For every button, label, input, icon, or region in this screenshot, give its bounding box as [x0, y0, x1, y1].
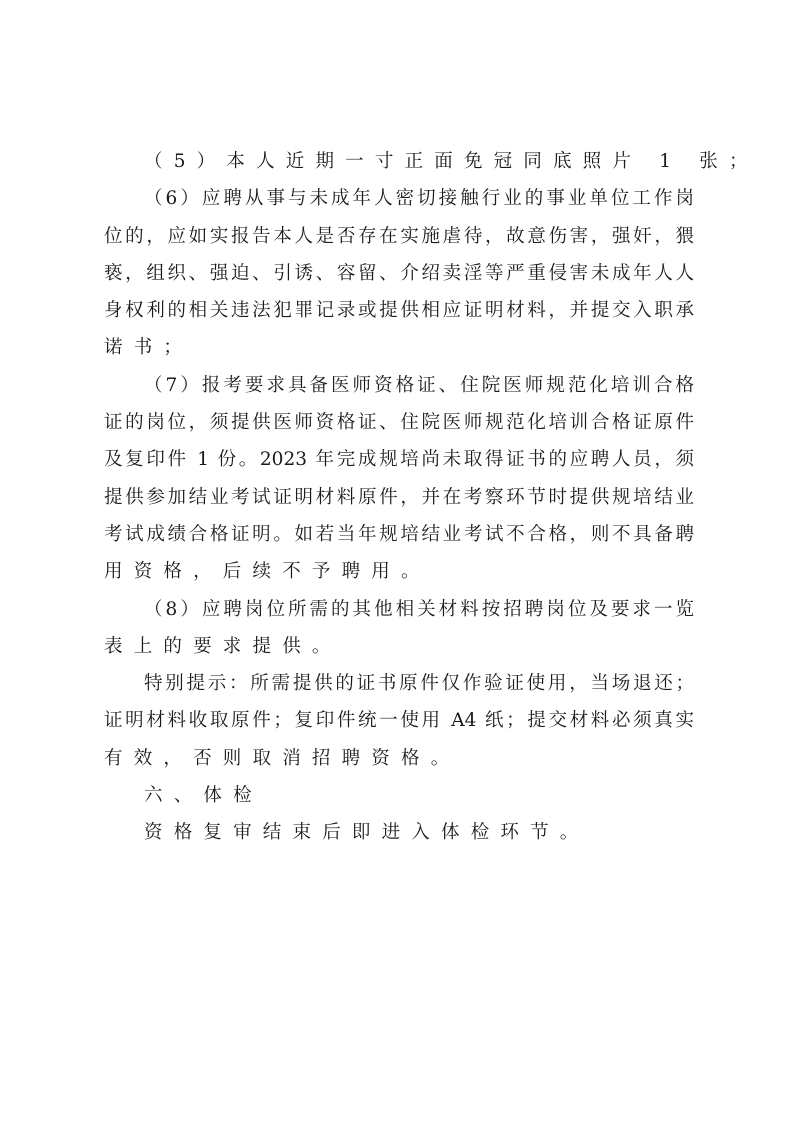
- text-line: 资格复审结束后即进入体检环节。: [104, 814, 694, 851]
- text-line: 亵，组织、强迫、引诱、容留、介绍卖淫等严重侵害未成年人人: [104, 255, 694, 292]
- text-line: 提供参加结业考试证明材料原件，并在考察环节时提供规培结业: [104, 479, 694, 516]
- document-page: （5）本人近期一寸正面免冠同底照片 1 张； （6）应聘从事与未成年人密切接触行…: [0, 0, 793, 1122]
- text-line: （5）本人近期一寸正面免冠同底照片 1 张；: [104, 143, 694, 180]
- paragraph-special-note: 特别提示：所需提供的证书原件仅作验证使用，当场退还； 证明材料收取原件；复印件统…: [104, 665, 694, 777]
- paragraph-item-8: （8）应聘岗位所需的其他相关材料按招聘岗位及要求一览 表上的要求提供。: [104, 591, 694, 666]
- text-line: 证的岗位，须提供医师资格证、住院医师规范化培训合格证原件: [104, 404, 694, 441]
- text-line: 特别提示：所需提供的证书原件仅作验证使用，当场退还；: [104, 665, 694, 702]
- text-line: 位的，应如实报告本人是否存在实施虐待，故意伤害，强奸，猥: [104, 218, 694, 255]
- text-line: 证明材料收取原件；复印件统一使用 A4 纸；提交材料必须真实: [104, 702, 694, 739]
- paragraph-physical-exam: 资格复审结束后即进入体检环节。: [104, 814, 694, 851]
- paragraph-item-7: （7）报考要求具备医师资格证、住院医师规范化培训合格 证的岗位，须提供医师资格证…: [104, 367, 694, 591]
- text-line: 表上的要求提供。: [104, 628, 694, 665]
- text-line: （8）应聘岗位所需的其他相关材料按招聘岗位及要求一览: [104, 591, 694, 628]
- text-line: 身权利的相关违法犯罪记录或提供相应证明材料，并提交入职承: [104, 292, 694, 329]
- paragraph-item-6: （6）应聘从事与未成年人密切接触行业的事业单位工作岗 位的，应如实报告本人是否存…: [104, 180, 694, 366]
- text-line: 及复印件 1 份。2023 年完成规培尚未取得证书的应聘人员，须: [104, 441, 694, 478]
- text-line: 用资格，后续不予聘用。: [104, 553, 694, 590]
- text-line: （7）报考要求具备医师资格证、住院医师规范化培训合格: [104, 367, 694, 404]
- document-body: （5）本人近期一寸正面免冠同底照片 1 张； （6）应聘从事与未成年人密切接触行…: [104, 143, 694, 852]
- section-heading-physical-exam: 六、体检: [104, 777, 694, 814]
- paragraph-item-5: （5）本人近期一寸正面免冠同底照片 1 张；: [104, 143, 694, 180]
- text-line: （6）应聘从事与未成年人密切接触行业的事业单位工作岗: [104, 180, 694, 217]
- text-line: 考试成绩合格证明。如若当年规培结业考试不合格，则不具备聘: [104, 516, 694, 553]
- section-heading: 六、体检: [104, 777, 694, 814]
- text-line: 诺书；: [104, 329, 694, 366]
- text-line: 有效，否则取消招聘资格。: [104, 740, 694, 777]
